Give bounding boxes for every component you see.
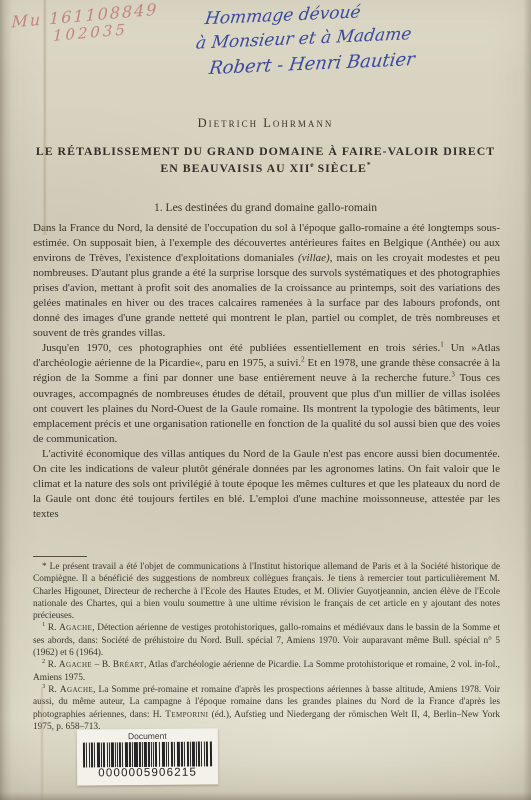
article-title: LE RÉTABLISSEMENT DU GRAND DOMAINE À FAI… bbox=[20, 144, 511, 176]
barcode-number: 0000005906215 bbox=[77, 766, 218, 779]
latin-term-italic: (villae) bbox=[298, 252, 330, 264]
footnote-star: * Le présent travail a été l'objet de co… bbox=[33, 561, 500, 622]
library-stamp: Mu 161108849 102035 bbox=[11, 0, 161, 48]
footnote-3: 3 R. Agache, La Somme pré-romaine et rom… bbox=[33, 684, 500, 733]
footnotes-block: * Le présent travail a été l'objet de co… bbox=[33, 561, 500, 733]
title-line-1: LE RÉTABLISSEMENT DU GRAND DOMAINE À FAI… bbox=[36, 144, 495, 158]
scanned-document-page: Mu 161108849 102035 Hommage dévoué à Mon… bbox=[0, 0, 531, 800]
cited-author-name: Temporini bbox=[165, 710, 208, 720]
footnote-2: 2 R. Agache – B. Bréart, Atlas d'archéol… bbox=[33, 659, 500, 684]
paragraph-1: Dans la France du Nord, la densité de l'… bbox=[33, 221, 500, 341]
page-edge-shadow-bottom bbox=[0, 792, 531, 800]
paragraph-2: Jusqu'en 1970, ces photographies ont été… bbox=[33, 341, 500, 446]
barcode-label-title: Document bbox=[77, 728, 218, 741]
barcode-label: Document bbox=[77, 728, 218, 785]
footnote-1: 1 R. Agache, Détection aérienne de vesti… bbox=[33, 622, 500, 659]
section-heading: 1. Les destinées du grand domaine gallo-… bbox=[0, 201, 531, 214]
barcode-icon bbox=[82, 741, 212, 767]
cited-author-name: Agache bbox=[60, 685, 93, 695]
cited-author-name: Bréart bbox=[113, 660, 144, 670]
footnote-separator-rule bbox=[33, 556, 87, 557]
cited-author-name: Agache bbox=[59, 660, 92, 670]
title-footnote-asterisk: * bbox=[367, 161, 371, 170]
article-body: Dans la France du Nord, la densité de l'… bbox=[33, 221, 500, 522]
handwritten-dedication: Hommage dévoué à Monsieur et à Madame Ro… bbox=[195, 0, 498, 80]
author-name: Dietrich Lohrmann bbox=[0, 116, 531, 131]
title-line-2: EN BEAUVAISIS AU XIIe SIÈCLE* bbox=[160, 161, 370, 175]
paragraph-3: L'activité économique des villas antique… bbox=[33, 447, 500, 522]
cited-author-name: Agache bbox=[59, 623, 92, 633]
